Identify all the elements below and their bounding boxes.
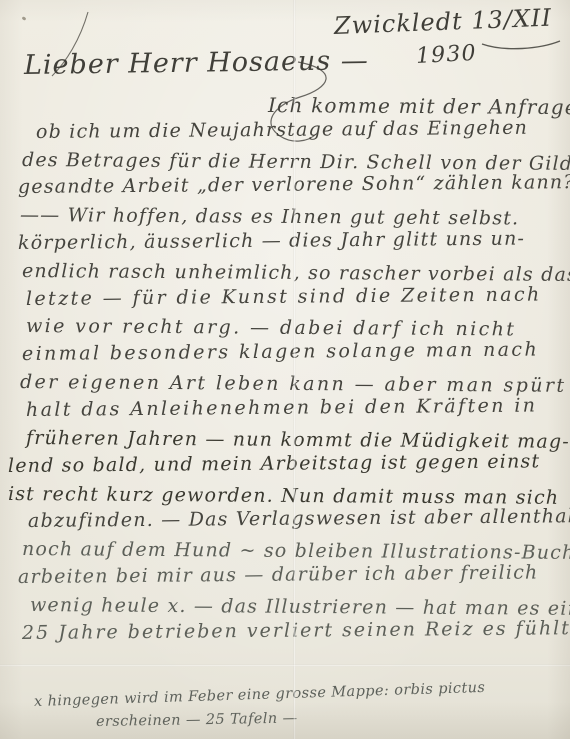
footnote-line: x hingegen wird im Feber eine grosse Map… [34,680,486,710]
body-line: lend so bald, und mein Arbeitstag ist ge… [8,450,540,477]
body-line: ob ich um die Neujahrstage auf das Einge… [36,117,528,143]
body-line: wie vor recht arg. — dabei darf ich nich… [26,315,517,340]
body-line: —— Wir hoffen, dass es Ihnen gut geht se… [20,204,520,229]
fold-crease-horizontal [0,664,570,667]
body-line: Ich komme mit der Anfrage [268,93,570,119]
body-line: früheren Jahren — nun kommt die Müdigkei… [26,427,570,453]
footnote-line: erscheinen — 25 Tafeln — [96,710,298,730]
letter-page: Zwickledt 13/XII 1930 Lieber Herr Hosaeu… [0,0,570,739]
body-line: einmal besonders klagen solange man nach [22,338,539,365]
dateline-year: 1930 [415,41,477,69]
dateline-place-day: Zwickledt 13/XII [333,4,552,40]
body-line: halt das Anleihenehmen bei den Kräften i… [26,395,538,421]
paper-speck [22,16,27,21]
body-line: abzufinden. — Das Verlagswesen ist aber … [28,505,570,532]
body-line: wenig heule x. — das Illustrieren — hat … [30,594,570,620]
salutation: Lieber Herr Hosaeus — [24,45,369,81]
body-line: letzte — für die Kunst sind die Zeiten n… [26,284,542,310]
body-line: ist recht kurz geworden. Nun damit muss … [8,483,559,509]
body-line: arbeiten bei mir aus — darüber ich aber … [18,561,539,588]
fold-crease-vertical [293,0,296,739]
body-line: körperlich, äusserlich — dies Jahr glitt… [18,228,525,254]
